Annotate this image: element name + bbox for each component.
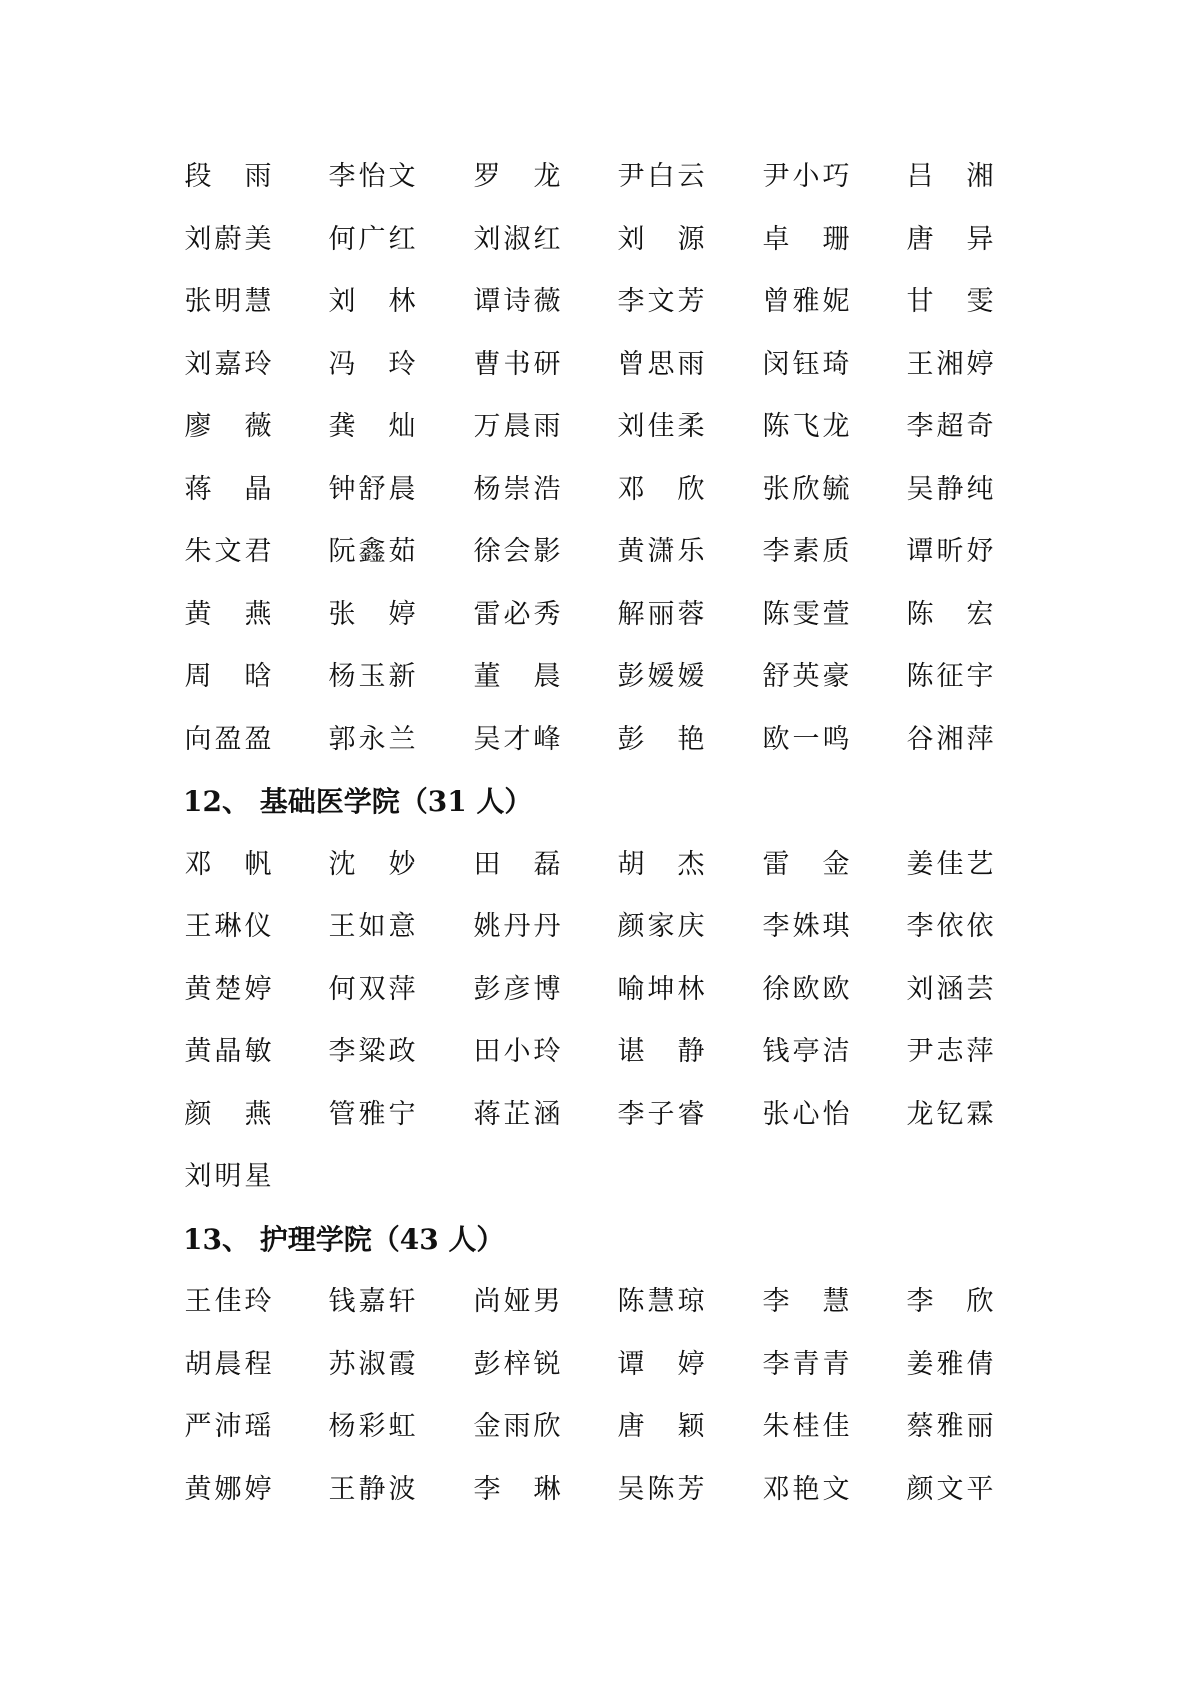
person-name: 杨崇浩 [472,472,562,508]
person-name: 吴才峰 [472,722,562,758]
name-row: 王佳玲钱嘉轩尚娅男陈慧琼李慧李欣 [183,1284,1023,1320]
name-row: 朱文君阮鑫茹徐会影黄潇乐李素质谭昕妤 [183,534,1023,570]
name-row: 廖薇龚灿万晨雨刘佳柔陈飞龙李超奇 [183,409,1023,445]
name-row: 邓帆沈妙田磊胡杰雷金姜佳艺 [183,847,1023,883]
person-name: 向盈盈 [183,722,273,758]
person-name: 唐颖 [616,1409,706,1445]
person-name: 曾思雨 [616,347,706,383]
name-row: 黄娜婷王静波李琳吴陈芳邓艳文颜文平 [183,1472,1023,1508]
person-name: 谷湘萍 [905,722,995,758]
person-name: 甘雯 [905,284,995,320]
person-name: 颜文平 [905,1472,995,1508]
person-name: 姜雅倩 [905,1347,995,1383]
person-name: 阮鑫茹 [327,534,417,570]
person-name: 金雨欣 [472,1409,562,1445]
person-name: 何双萍 [327,972,417,1008]
person-name: 谭昕妤 [905,534,995,570]
person-name: 陈征宇 [905,659,995,695]
person-name: 刘淑红 [472,222,562,258]
person-name: 谌静 [616,1034,706,1070]
person-name: 喻坤林 [616,972,706,1008]
person-name: 郭永兰 [327,722,417,758]
name-row: 黄燕张婷雷必秀解丽蓉陈雯萱陈宏 [183,597,1023,633]
person-name: 钟舒晨 [327,472,417,508]
person-name: 邓欣 [616,472,706,508]
person-name: 王湘婷 [905,347,995,383]
name-row: 张明慧刘林谭诗薇李文芳曾雅妮甘雯 [183,284,1023,320]
person-name: 段雨 [183,159,273,195]
person-name: 蒋芷涵 [472,1097,562,1133]
person-name: 李子睿 [616,1097,706,1133]
person-name: 谭诗薇 [472,284,562,320]
person-name: 钱亭洁 [761,1034,851,1070]
person-name: 闵钰琦 [761,347,851,383]
document-page: 段雨李怡文罗龙尹白云尹小巧吕湘刘蔚美何广红刘淑红刘源卓珊唐异张明慧刘林谭诗薇李文… [0,0,1191,1684]
person-name: 沈妙 [327,847,417,883]
name-row: 刘明星 [183,1159,1023,1195]
name-row: 颜燕管雅宁蒋芷涵李子睿张心怡龙钇霖 [183,1097,1023,1133]
person-name: 黄潇乐 [616,534,706,570]
person-name: 张欣毓 [761,472,851,508]
person-name: 姜佳艺 [905,847,995,883]
person-name: 雷必秀 [472,597,562,633]
person-name: 李怡文 [327,159,417,195]
person-name: 朱桂佳 [761,1409,851,1445]
person-name: 颜燕 [183,1097,273,1133]
person-name: 冯玲 [327,347,417,383]
name-row: 严沛瑶杨彩虹金雨欣唐颖朱桂佳蔡雅丽 [183,1409,1023,1445]
person-name: 徐会影 [472,534,562,570]
name-row: 刘嘉玲冯玲曹书研曾思雨闵钰琦王湘婷 [183,347,1023,383]
person-name: 吴陈芳 [616,1472,706,1508]
person-name: 李欣 [905,1284,995,1320]
name-row: 黄楚婷何双萍彭彦博喻坤林徐欧欧刘涵芸 [183,972,1023,1008]
person-name: 陈雯萱 [761,597,851,633]
person-name: 周晗 [183,659,273,695]
person-name: 颜家庆 [616,909,706,945]
person-name: 管雅宁 [327,1097,417,1133]
person-name: 彭艳 [616,722,706,758]
person-name: 吴静纯 [905,472,995,508]
person-name: 黄楚婷 [183,972,273,1008]
name-row: 黄晶敏李粱政田小玲谌静钱亭洁尹志萍 [183,1034,1023,1070]
person-name: 蒋晶 [183,472,273,508]
person-name: 李文芳 [616,284,706,320]
person-name: 张心怡 [761,1097,851,1133]
person-name: 钱嘉轩 [327,1284,417,1320]
person-name: 彭嫒嫒 [616,659,706,695]
person-name: 舒英豪 [761,659,851,695]
person-name: 杨彩虹 [327,1409,417,1445]
name-row: 蒋晶钟舒晨杨崇浩邓欣张欣毓吴静纯 [183,472,1023,508]
person-name: 彭梓锐 [472,1347,562,1383]
name-row: 向盈盈郭永兰吴才峰彭艳欧一鸣谷湘萍 [183,722,1023,758]
person-name: 李粱政 [327,1034,417,1070]
name-row: 周晗杨玉新董晨彭嫒嫒舒英豪陈征宇 [183,659,1023,695]
person-name: 李琳 [472,1472,562,1508]
person-name: 刘林 [327,284,417,320]
person-name: 万晨雨 [472,409,562,445]
person-name: 邓帆 [183,847,273,883]
person-name: 尹小巧 [761,159,851,195]
person-name: 王如意 [327,909,417,945]
person-name: 龚灿 [327,409,417,445]
person-name: 何广红 [327,222,417,258]
person-name: 李姝琪 [761,909,851,945]
person-name: 刘明星 [183,1159,273,1195]
person-name: 谭婷 [616,1347,706,1383]
person-name: 王琳仪 [183,909,273,945]
person-name: 雷金 [761,847,851,883]
person-name: 蔡雅丽 [905,1409,995,1445]
person-name: 陈宏 [905,597,995,633]
person-name: 尹志萍 [905,1034,995,1070]
person-name: 李素质 [761,534,851,570]
person-name: 田磊 [472,847,562,883]
person-name: 胡晨程 [183,1347,273,1383]
person-name: 陈慧琼 [616,1284,706,1320]
person-name: 罗龙 [472,159,562,195]
person-name: 龙钇霖 [905,1097,995,1133]
person-name: 李依依 [905,909,995,945]
person-name: 曾雅妮 [761,284,851,320]
person-name: 刘嘉玲 [183,347,273,383]
person-name: 尚娅男 [472,1284,562,1320]
person-name: 陈飞龙 [761,409,851,445]
name-row: 刘蔚美何广红刘淑红刘源卓珊唐异 [183,222,1023,258]
person-name: 欧一鸣 [761,722,851,758]
person-name: 廖薇 [183,409,273,445]
person-name: 黄燕 [183,597,273,633]
person-name: 李青青 [761,1347,851,1383]
person-name: 解丽蓉 [616,597,706,633]
person-name: 邓艳文 [761,1472,851,1508]
person-name: 黄晶敏 [183,1034,273,1070]
person-name: 杨玉新 [327,659,417,695]
person-name: 姚丹丹 [472,909,562,945]
person-name: 徐欧欧 [761,972,851,1008]
person-name: 唐异 [905,222,995,258]
person-name: 黄娜婷 [183,1472,273,1508]
person-name: 刘蔚美 [183,222,273,258]
name-row: 段雨李怡文罗龙尹白云尹小巧吕湘 [183,159,1023,195]
person-name: 苏淑霞 [327,1347,417,1383]
person-name: 张明慧 [183,284,273,320]
person-name: 王佳玲 [183,1284,273,1320]
person-name: 张婷 [327,597,417,633]
person-name: 田小玲 [472,1034,562,1070]
person-name: 尹白云 [616,159,706,195]
person-name: 卓珊 [761,222,851,258]
person-name: 刘源 [616,222,706,258]
person-name: 吕湘 [905,159,995,195]
name-row: 王琳仪王如意姚丹丹颜家庆李姝琪李依依 [183,909,1023,945]
name-row: 胡晨程苏淑霞彭梓锐谭婷李青青姜雅倩 [183,1347,1023,1383]
person-name: 朱文君 [183,534,273,570]
section-heading: 13、 护理学院（43 人） [183,1220,504,1260]
person-name: 严沛瑶 [183,1409,273,1445]
person-name: 李超奇 [905,409,995,445]
person-name: 胡杰 [616,847,706,883]
person-name: 彭彦博 [472,972,562,1008]
person-name: 刘涵芸 [905,972,995,1008]
person-name: 曹书研 [472,347,562,383]
person-name: 王静波 [327,1472,417,1508]
section-heading: 12、 基础医学院（31 人） [183,782,532,822]
person-name: 李慧 [761,1284,851,1320]
person-name: 刘佳柔 [616,409,706,445]
person-name: 董晨 [472,659,562,695]
